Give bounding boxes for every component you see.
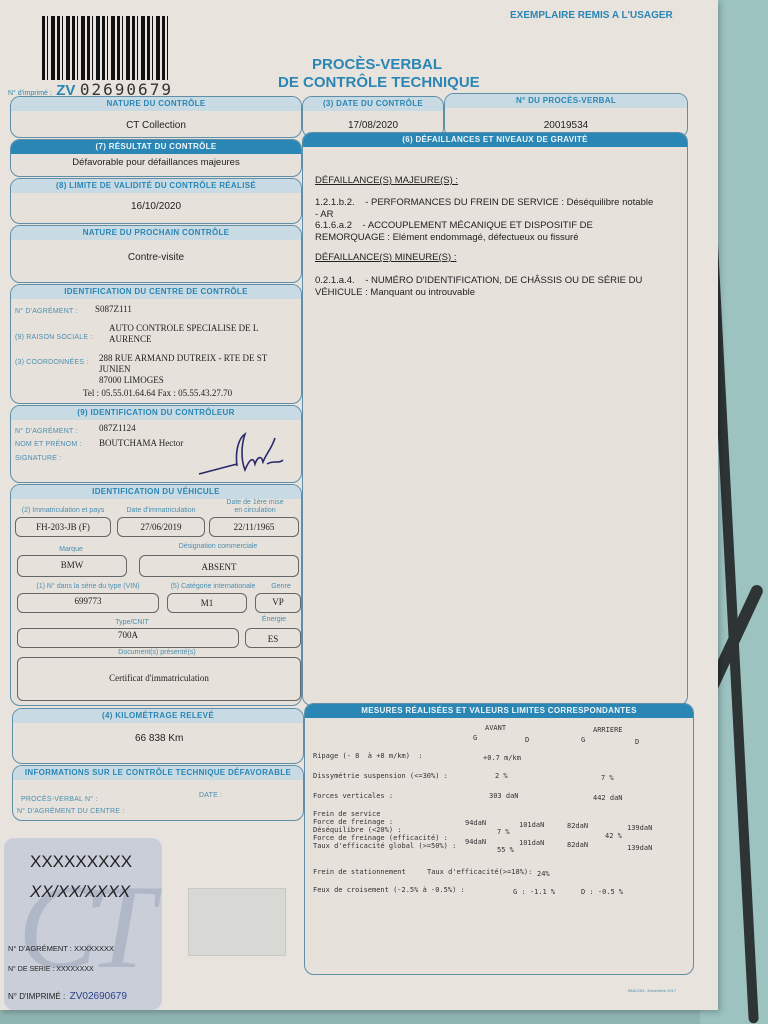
mileage-value: 66 838 Km xyxy=(135,733,183,744)
validity-box: (8) LIMITE DE VALIDITÉ DU CONTRÔLE RÉALI… xyxy=(10,178,302,224)
major-defects-title: DÉFAILLANCE(S) MAJEURE(S) : xyxy=(315,175,458,187)
date-immatriculation-field: 27/06/2019 xyxy=(117,517,205,537)
centre-phone: Tel : 05.55.01.64.64 Fax : 05.55.43.27.7… xyxy=(83,388,232,398)
barcode xyxy=(42,16,170,80)
unfavorable-info-box: INFORMATIONS SUR LE CONTRÔLE TECHNIQUE D… xyxy=(12,765,304,821)
feux-left: G : -1.1 % xyxy=(513,888,555,896)
measures-box: MESURES RÉALISÉES ET VALEURS LIMITES COR… xyxy=(304,703,694,975)
designation-field: ABSENT xyxy=(139,555,299,577)
document-title-line2: DE CONTRÔLE TECHNIQUE xyxy=(278,74,480,91)
hologram-patch xyxy=(188,888,286,956)
major-defect-1: 1.2.1.b.2. - PERFORMANCES DU FREIN DE SE… xyxy=(315,197,685,221)
centre-name-line2: AURENCE xyxy=(109,334,152,344)
dissym-front: 2 % xyxy=(495,772,508,780)
next-control-value: Contre-visite xyxy=(11,252,301,263)
vin-field: 699773 xyxy=(17,593,159,613)
document-page: N° d'imprimé : ZV 02690679 EXEMPLAIRE RE… xyxy=(0,0,718,1010)
minor-defect-1: 0.2.1.a.4. - NUMÉRO D'IDENTIFICATION, DE… xyxy=(315,275,685,299)
genre-field: VP xyxy=(255,593,301,613)
controller-name-value: BOUTCHAMA Hector xyxy=(99,438,183,448)
centre-address-line2: JUNIEN xyxy=(99,364,131,374)
date-controle-value: 17/08/2020 xyxy=(303,120,443,131)
deseq-front: 7 % xyxy=(497,828,510,836)
controller-box: (9) IDENTIFICATION DU CONTRÔLEUR N° D'AG… xyxy=(10,405,302,483)
feux-right: D : -0.5 % xyxy=(581,888,623,896)
minor-defects-title: DÉFAILLANCE(S) MINEURE(S) : xyxy=(315,252,456,264)
result-value: Défavorable pour défaillances majeures xyxy=(11,157,301,168)
mileage-box: (4) KILOMÉTRAGE RELEVÉ 66 838 Km xyxy=(12,708,304,764)
taux-value: 55 % xyxy=(497,846,514,854)
type-cnit-field: 700A xyxy=(17,628,239,648)
controller-agrement-value: 087Z1124 xyxy=(99,423,136,433)
centre-address-line1: 288 RUE ARMAND DUTREIX - RTE DE ST xyxy=(99,353,267,363)
ct-sticker: CT XXXXXXXXX XX/XX/XXXX N° D'AGRÉMENT : … xyxy=(4,838,162,1010)
energie-field: ES xyxy=(245,628,301,648)
printer-footer: IMACON - Décembre 2017 xyxy=(628,988,676,993)
dissym-rear: 7 % xyxy=(601,774,614,782)
centre-box: IDENTIFICATION DU CENTRE DE CONTRÔLE N° … xyxy=(10,284,302,404)
ct-logo-icon: CT xyxy=(18,858,145,996)
pv-number-value: 20019534 xyxy=(445,120,687,131)
next-control-box: NATURE DU PROCHAIN CONTRÔLE Contre-visit… xyxy=(10,225,302,283)
vert-front: 303 daN xyxy=(489,792,519,800)
nature-controle-value: CT Collection xyxy=(11,120,301,131)
marque-field: BMW xyxy=(17,555,127,577)
deseq-rear: 42 % xyxy=(605,832,622,840)
documents-field: Certificat d'immatriculation xyxy=(17,657,301,701)
document-title-line1: PROCÈS-VERBAL xyxy=(312,56,442,73)
parking-rate-value: 24% xyxy=(537,870,550,878)
copy-note: EXEMPLAIRE REMIS A L'USAGER xyxy=(510,10,673,21)
centre-address-line3: 87000 LIMOGES xyxy=(99,375,164,385)
nature-controle-box: NATURE DU CONTRÔLE CT Collection xyxy=(10,96,302,138)
result-box: (7) RÉSULTAT DU CONTRÔLE Défavorable pou… xyxy=(10,139,302,177)
signature-icon xyxy=(197,430,287,478)
first-circulation-field: 22/11/1965 xyxy=(209,517,299,537)
vert-rear: 442 daN xyxy=(593,794,623,802)
defects-box: (6) DÉFAILLANCES ET NIVEAUX DE GRAVITÉ D… xyxy=(302,132,688,706)
categorie-field: M1 xyxy=(167,593,247,613)
centre-agrement-value: S087Z111 xyxy=(95,304,132,314)
centre-name-line1: AUTO CONTROLE SPECIALISE DE L xyxy=(109,323,258,333)
major-defect-2: 6.1.6.a.2 - ACCOUPLEMENT MÉCANIQUE ET DI… xyxy=(315,220,685,244)
validity-value: 16/10/2020 xyxy=(11,201,301,212)
immatriculation-field: FH-203-JB (F) xyxy=(15,517,111,537)
ripage-value: +0.7 m/km xyxy=(483,754,521,762)
vehicle-box: IDENTIFICATION DU VÉHICULE (2) Immatricu… xyxy=(10,484,302,706)
